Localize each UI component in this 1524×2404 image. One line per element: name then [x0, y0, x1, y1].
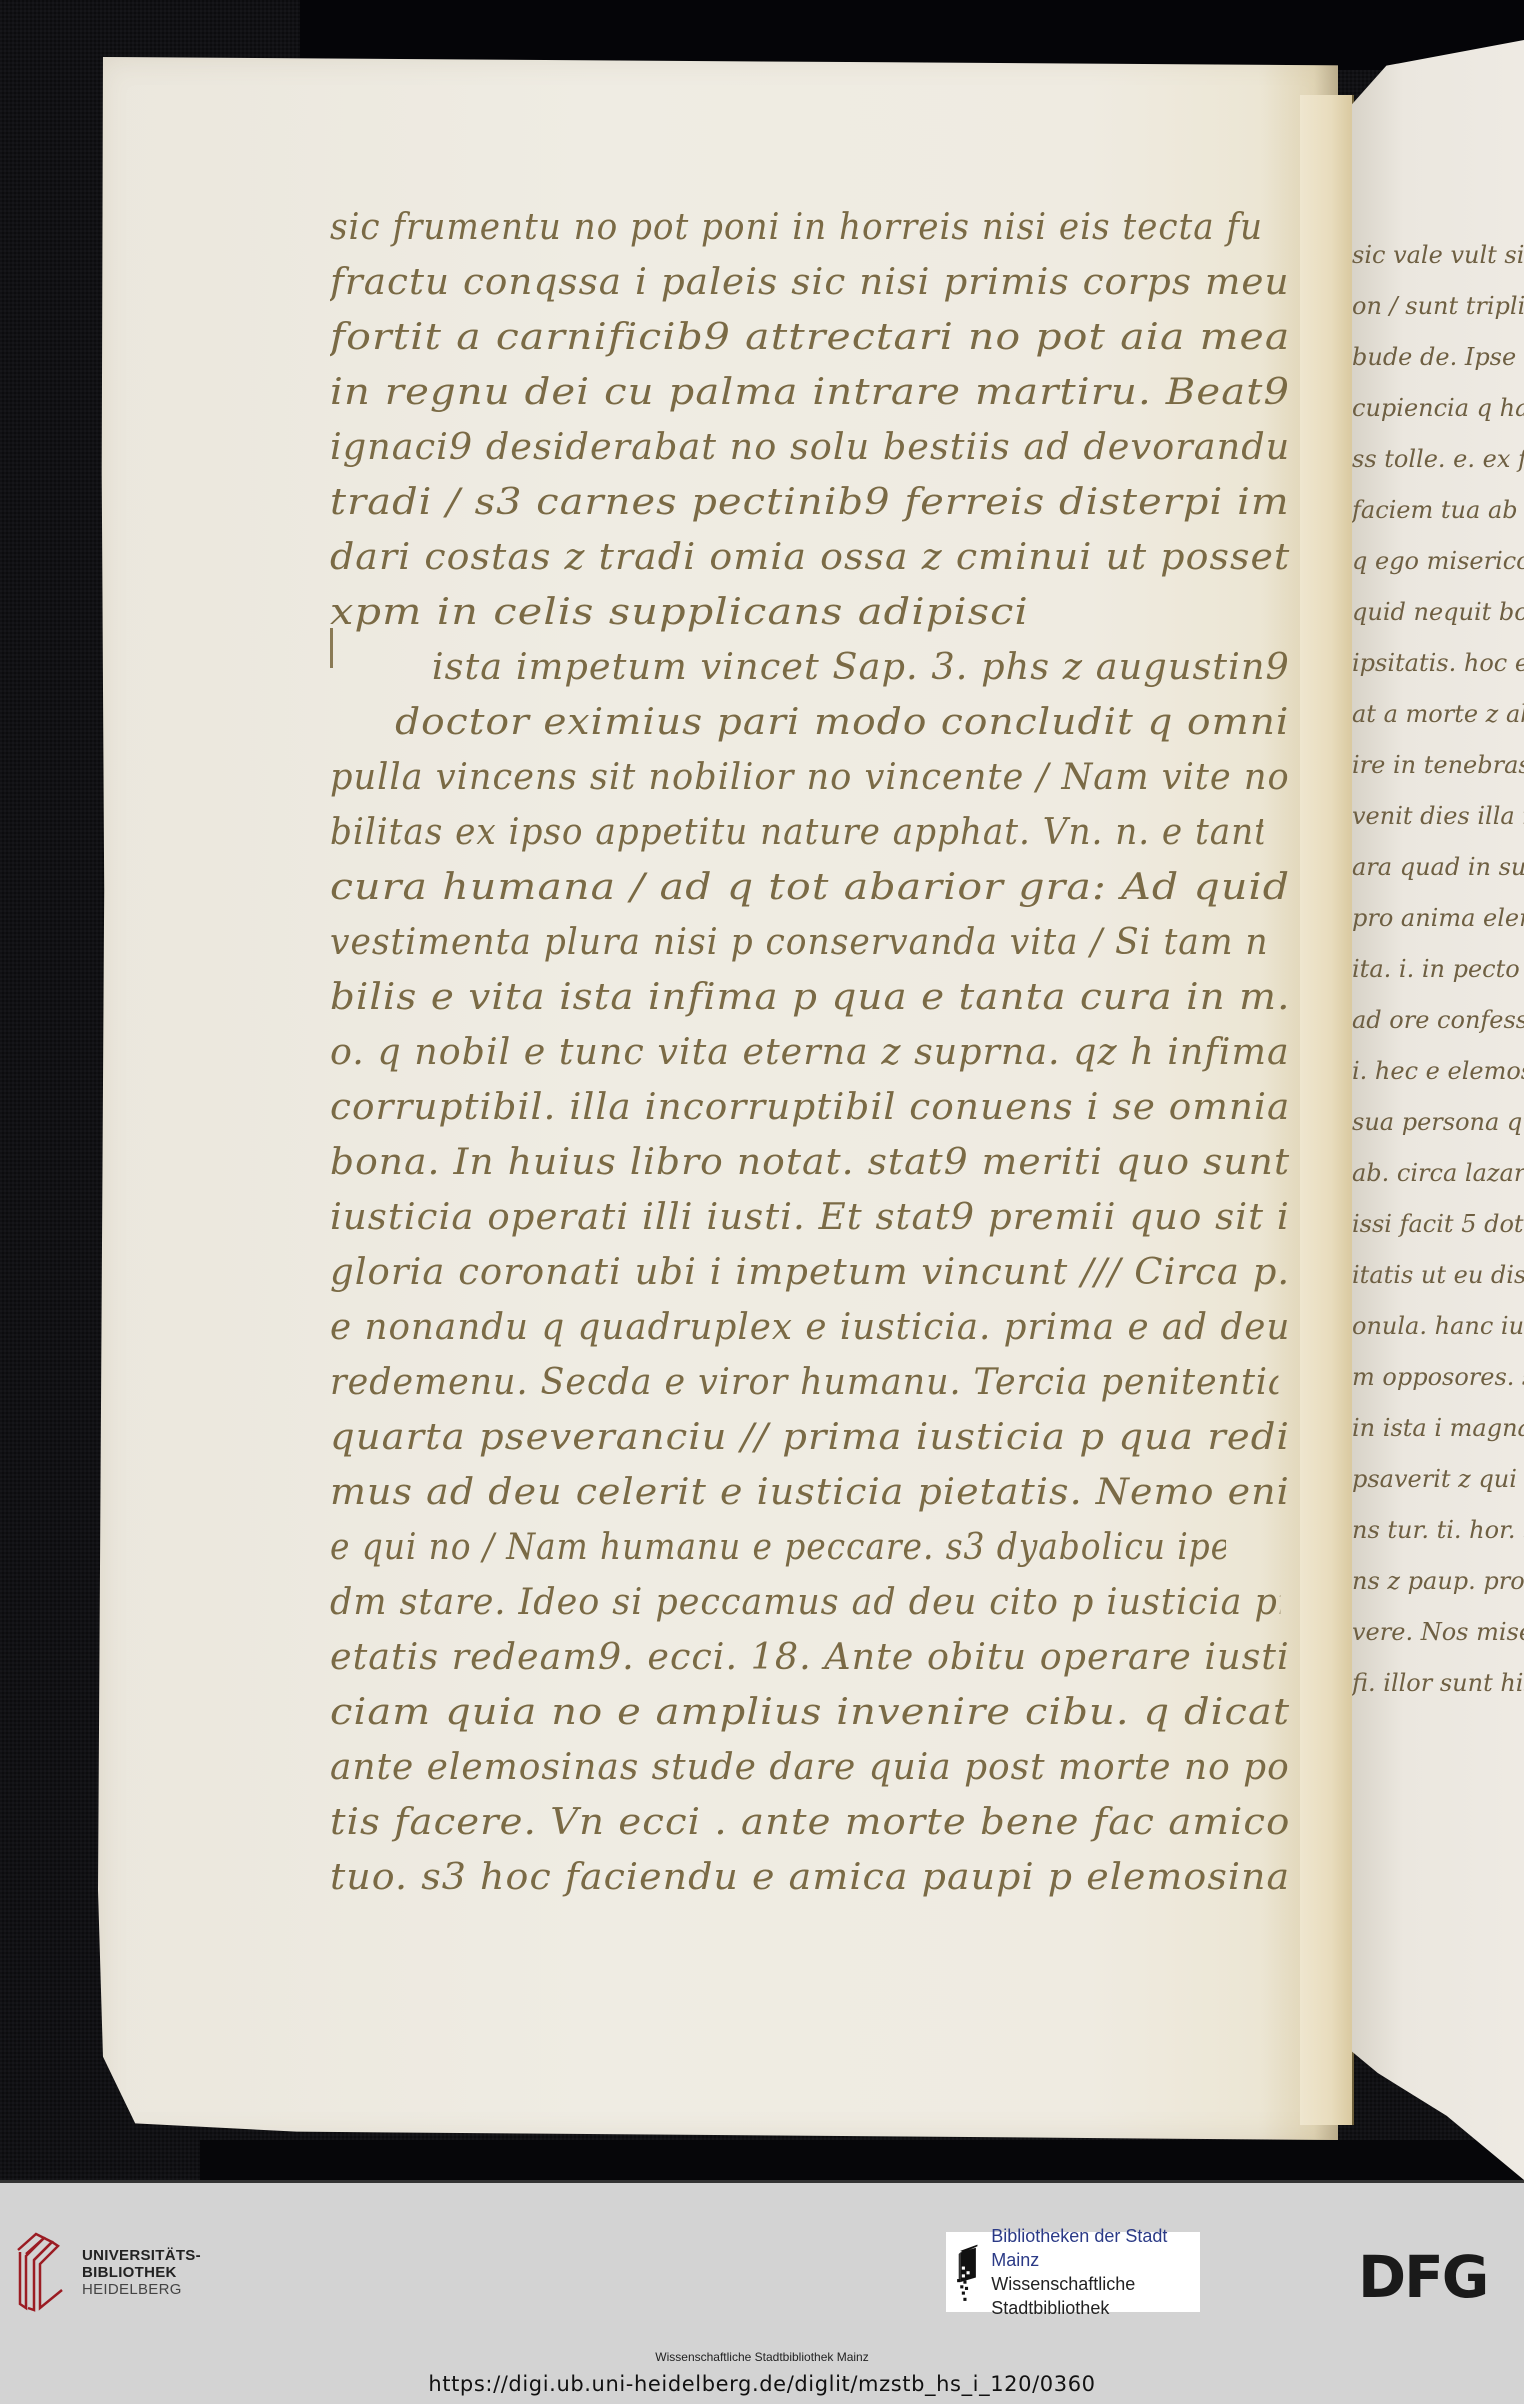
facing-page-line: fi. illor sunt his. Ecce	[1352, 1658, 1524, 1709]
manuscript-line: fortit a carnificib9 attrectari no pot a…	[330, 310, 1443, 365]
facing-page-line: q ego misericors. si v	[1352, 536, 1524, 587]
facing-page-line: onula. hanc iusticia dei	[1352, 1301, 1524, 1352]
ub-logo-line-1: UNIVERSITÄTS-	[82, 2247, 201, 2264]
mainz-logo-line-2: Wissenschaftliche Stadtbibliothek	[991, 2272, 1200, 2320]
ub-logo-line-2: BIBLIOTHEK	[82, 2264, 201, 2281]
background-cloth	[300, 0, 1524, 70]
facing-page-line: in ista i magna conseruatio	[1352, 1403, 1524, 1454]
manuscript-line: ante elemosinas stude dare quia post mor…	[330, 1740, 1308, 1795]
manuscript-line: bilis e vita ista infima p qua e tanta c…	[330, 970, 1387, 1025]
facing-page-line: ad ore confessionem.	[1352, 995, 1524, 1046]
manuscript-text: sic frumentu no pot poni in horreis nisi…	[330, 200, 1310, 1905]
facing-page-line: ara quad in supra	[1352, 842, 1524, 893]
facing-page-line: i. hec e elemosina a	[1352, 1046, 1524, 1097]
facing-page-line: sua persona quid des	[1352, 1097, 1524, 1148]
manuscript-line: ignaci9 desiderabat no solu bestiis ad d…	[330, 420, 1327, 475]
manuscript-line: dari costas z tradi omia ossa z cminui u…	[330, 530, 1362, 585]
facing-page-line: vere. Nos misericordes	[1352, 1607, 1524, 1658]
manuscript-line: etatis redeam9. ecci. 18. Ante obitu ope…	[330, 1630, 1322, 1685]
facing-page-line: at a morte z ab om	[1352, 689, 1524, 740]
manuscript-line: bilitas ex ipso appetitu nature apphat. …	[330, 805, 1263, 860]
manuscript-line: e nonandu q quadruplex e iusticia. prima…	[330, 1300, 1302, 1355]
facing-page-line: ns tur. ti. hor. Secunda	[1352, 1505, 1524, 1556]
manuscript-line: quarta pseveranciu // prima iusticia p q…	[330, 1410, 1379, 1465]
holding-institution-caption: Wissenschaftliche Stadtbibliothek Mainz	[0, 2350, 1524, 2364]
facing-page-line: ab. circa lazaro elem	[1352, 1148, 1524, 1199]
manuscript-line: in regnu dei cu palma intrare martiru. B…	[330, 365, 1423, 420]
manuscript-line: fractu conqssa i paleis sic nisi primis …	[330, 255, 1346, 310]
manuscript-line: o. q nobil e tunc vita eterna z suprna. …	[330, 1025, 1320, 1080]
facing-page-line: quid nequit bonu tibi	[1352, 587, 1524, 638]
facing-page-line: pro anima elemosina	[1352, 893, 1524, 944]
manuscript-line: tuo. s3 hoc faciendu e amica paupi p ele…	[330, 1850, 1363, 1905]
facing-page-line: on / sunt triplici elemosina	[1352, 281, 1524, 332]
manuscript-line: cura humana / ad q tot abarior gra: Ad q…	[330, 860, 1447, 915]
mainz-library-logo[interactable]: Bibliotheken der Stadt Mainz Wissenschaf…	[946, 2232, 1200, 2312]
facing-page-line: m opposores. s3 audi	[1352, 1352, 1524, 1403]
manuscript-line: vestimenta plura nisi p conservanda vita…	[330, 915, 1269, 970]
ub-logo-line-3: HEIDELBERG	[82, 2281, 201, 2298]
manuscript-line: dm stare. Ideo si peccamus ad deu cito p…	[330, 1575, 1280, 1630]
facing-page-line: bude de. Ipse ami	[1352, 332, 1524, 383]
permalink-url[interactable]: https://digi.ub.uni-heidelberg.de/diglit…	[0, 2372, 1524, 2396]
facing-page-line: ire in tenebras h	[1352, 740, 1524, 791]
manuscript-line: tradi / s3 carnes pectinib9 ferreis dist…	[330, 475, 1414, 530]
footer-divider	[0, 2180, 1524, 2183]
facing-page-line: ita. i. in pecto mortali	[1352, 944, 1524, 995]
facing-page-line: ss tolle. e. ex futa	[1352, 434, 1524, 485]
manuscript-line: ista impetum vincet Sap. 3. phs z august…	[330, 640, 1329, 695]
manuscript-line: ciam quia no e amplius invenire cibu. q …	[330, 1685, 1418, 1740]
manuscript-line: iusticia operati illi iusti. Et stat9 pr…	[330, 1190, 1339, 1245]
facing-page-text: sic vale vult sibi. p gaudioon / sunt tr…	[1352, 230, 1524, 1709]
facing-page-line: ipsitatis. hoc e in dic	[1352, 638, 1524, 689]
facing-page-line: venit dies illa in q	[1352, 791, 1524, 842]
manuscript-line: pulla vincens sit nobilior no vincente /…	[330, 750, 1288, 805]
manuscript-scan: sic frumentu no pot poni in horreis nisi…	[0, 0, 1524, 2180]
facing-page-line: psaverit z qui abstule	[1352, 1454, 1524, 1505]
viewer-footer: UNIVERSITÄTS- BIBLIOTHEK HEIDELBERG Bibl…	[0, 2180, 1524, 2404]
book-mark-icon	[954, 2235, 985, 2309]
manuscript-line: doctor eximius pari modo concludit q omn…	[330, 695, 1393, 750]
facing-page-line: issi facit 5 dot amici	[1352, 1199, 1524, 1250]
manuscript-line: bona. In huius libro notat. stat9 meriti…	[330, 1135, 1354, 1190]
manuscript-line: mus ad deu celerit e iusticia pietatis. …	[330, 1465, 1363, 1520]
manuscript-line: gloria coronati ubi i impetum vincunt //…	[330, 1245, 1336, 1300]
mainz-logo-line-1: Bibliotheken der Stadt Mainz	[991, 2224, 1200, 2272]
background-cloth-bottom	[200, 2140, 1524, 2180]
facing-page-line: faciem tua ab illo	[1352, 485, 1524, 536]
manuscript-line: tis facere. Vn ecci . ante morte bene fa…	[330, 1795, 1380, 1850]
ub-heidelberg-mark-icon	[14, 2230, 74, 2314]
facing-page-line: sic vale vult sibi. p gaudio	[1352, 230, 1524, 281]
manuscript-line: sic frumentu no pot poni in horreis nisi…	[330, 200, 1262, 255]
ub-heidelberg-logo[interactable]: UNIVERSITÄTS- BIBLIOTHEK HEIDELBERG	[14, 2230, 201, 2314]
manuscript-line: corruptibil. illa incorruptibil conuens …	[330, 1080, 1348, 1135]
manuscript-line: xpm in celis supplicans adipisci	[330, 585, 1457, 640]
manuscript-line: e qui no / Nam humanu e peccare. s3 dyab…	[330, 1520, 1226, 1575]
facing-page-line: cupiencia q habebit a m	[1352, 383, 1524, 434]
manuscript-line: redemenu. Secda e viror humanu. Tercia p…	[330, 1355, 1278, 1410]
dfg-logo[interactable]: DFG	[1358, 2243, 1487, 2311]
facing-page-line: ns z paup. pro gemi.	[1352, 1556, 1524, 1607]
facing-page-line: itatis ut eu diserit	[1352, 1250, 1524, 1301]
